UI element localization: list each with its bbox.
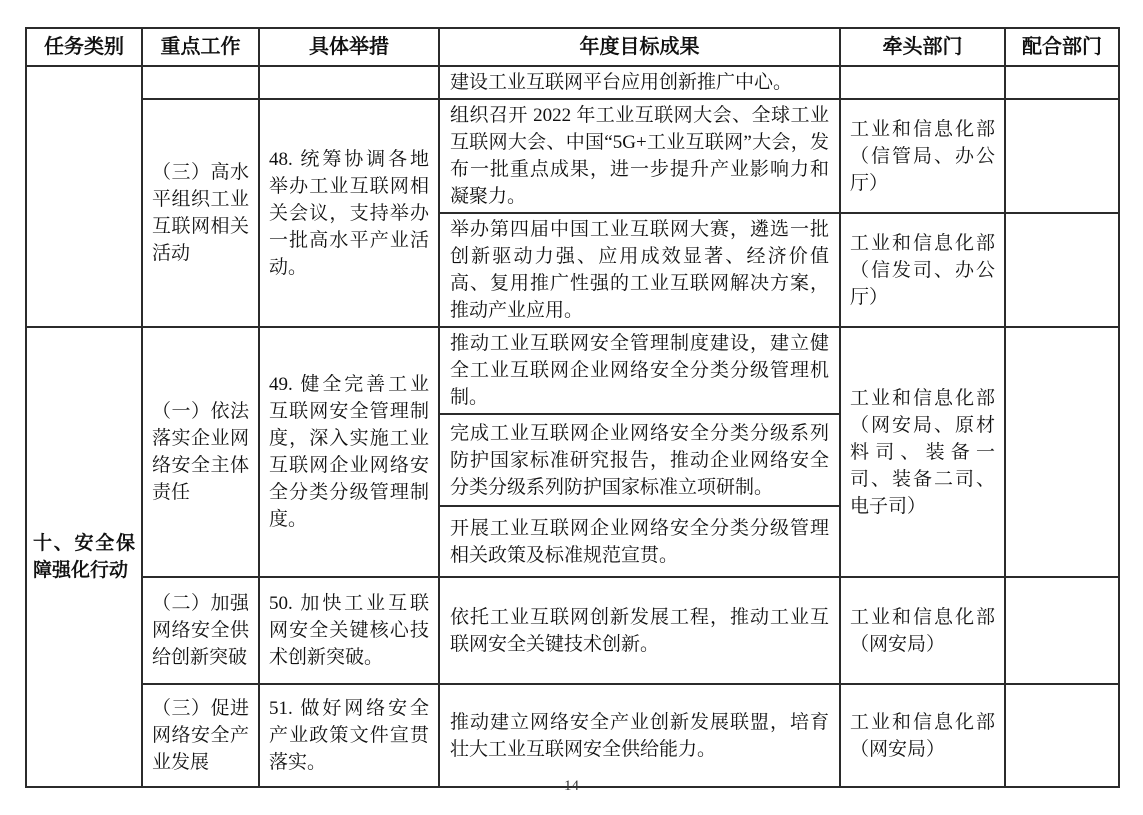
header-key-work: 重点工作 (142, 28, 259, 66)
cell-lead-miit-wanganju-group: 工业和信息化部（网安局、原材料司、装备一司、装备二司、电子司） (840, 327, 1005, 577)
cell-category-prev-empty (26, 66, 142, 327)
cell-keywork-3-organize-activities: （三）高水平组织工业互联网相关活动 (142, 99, 259, 327)
cell-support-empty (1005, 327, 1119, 577)
document-page: 任务类别 重点工作 具体举措 年度目标成果 牵头部门 配合部门 建设工业互联网平… (0, 0, 1143, 815)
header-task-category: 任务类别 (26, 28, 142, 66)
cell-category-ten-security: 十、安全保障强化行动 (26, 327, 142, 787)
cell-goal-50-key-tech: 依托工业互联网创新发展工程，推动工业互联网安全关键技术创新。 (439, 577, 840, 684)
cell-keywork-1-enterprise-responsibility: （一）依法落实企业网络安全主体责任 (142, 327, 259, 577)
cell-lead-empty (840, 66, 1005, 99)
cell-measure-48: 48. 统筹协调各地举办工业互联网相关会议，支持举办一批高水平产业活动。 (259, 99, 439, 327)
cell-goal-49-policy-promotion: 开展工业互联网企业网络安全分类分级管理相关政策及标准规范宣贯。 (439, 506, 840, 577)
cell-measure-50: 50. 加快工业互联网安全关键核心技术创新突破。 (259, 577, 439, 684)
cell-support-empty (1005, 99, 1119, 213)
cell-goal-49-national-standards: 完成工业互联网企业网络安全分类分级系列防护国家标准研究报告，推动企业网络安全分类… (439, 414, 840, 506)
page-number: 14 (0, 778, 1143, 795)
cell-goal-49-management-system: 推动工业互联网安全管理制度建设，建立健全工业互联网企业网络安全分类分级管理机制。 (439, 327, 840, 414)
header-annual-goals: 年度目标成果 (439, 28, 840, 66)
table-row: （三）促进网络安全产业发展 51. 做好网络安全产业政策文件宣贯落实。 推动建立… (26, 684, 1119, 787)
cell-keywork-2-supply-innovation: （二）加强网络安全供给创新突破 (142, 577, 259, 684)
cell-measure-empty (259, 66, 439, 99)
cell-goal-competition: 举办第四届中国工业互联网大赛，遴选一批创新驱动力强、应用成效显著、经济价值高、复… (439, 213, 840, 327)
cell-keywork-empty (142, 66, 259, 99)
table-header-row: 任务类别 重点工作 具体举措 年度目标成果 牵头部门 配合部门 (26, 28, 1119, 66)
cell-support-empty (1005, 213, 1119, 327)
cell-keywork-3-industry-development: （三）促进网络安全产业发展 (142, 684, 259, 787)
cell-goal-51-alliance: 推动建立网络安全产业创新发展联盟，培育壮大工业互联网安全供给能力。 (439, 684, 840, 787)
header-support-department: 配合部门 (1005, 28, 1119, 66)
cell-support-empty (1005, 577, 1119, 684)
cell-lead-miit-wanganju-2: 工业和信息化部（网安局） (840, 684, 1005, 787)
cell-support-empty (1005, 684, 1119, 787)
cell-measure-51: 51. 做好网络安全产业政策文件宣贯落实。 (259, 684, 439, 787)
table-row: （二）加强网络安全供给创新突破 50. 加快工业互联网安全关键核心技术创新突破。… (26, 577, 1119, 684)
task-plan-table: 任务类别 重点工作 具体举措 年度目标成果 牵头部门 配合部门 建设工业互联网平… (25, 27, 1120, 788)
cell-support-empty (1005, 66, 1119, 99)
header-lead-department: 牵头部门 (840, 28, 1005, 66)
cell-measure-49: 49. 健全完善工业互联网安全管理制度，深入实施工业互联网企业网络安全分类分级管… (259, 327, 439, 577)
cell-lead-miit-xinfasi: 工业和信息化部（信发司、办公厅） (840, 213, 1005, 327)
cell-goal-conferences: 组织召开 2022 年工业互联网大会、全球工业互联网大会、中国“5G+工业互联网… (439, 99, 840, 213)
cell-lead-miit-xinguanju: 工业和信息化部（信管局、办公厅） (840, 99, 1005, 213)
cell-goal-platform-center: 建设工业互联网平台应用创新推广中心。 (439, 66, 840, 99)
table-row: （三）高水平组织工业互联网相关活动 48. 统筹协调各地举办工业互联网相关会议，… (26, 99, 1119, 213)
table-row: 十、安全保障强化行动 （一）依法落实企业网络安全主体责任 49. 健全完善工业互… (26, 327, 1119, 414)
cell-lead-miit-wanganju-1: 工业和信息化部（网安局） (840, 577, 1005, 684)
table-row: 建设工业互联网平台应用创新推广中心。 (26, 66, 1119, 99)
header-measures: 具体举措 (259, 28, 439, 66)
